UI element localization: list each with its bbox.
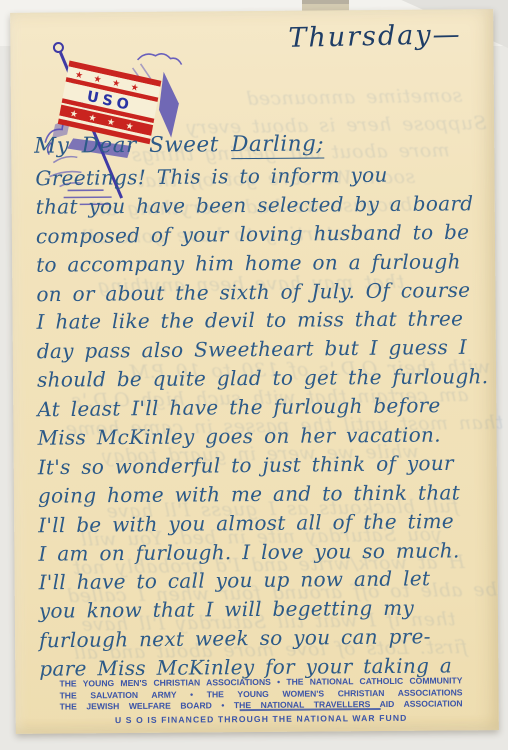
handwritten-line: furlough next week so you can pre- bbox=[39, 622, 487, 656]
handwritten-line: you know that I will begetting my bbox=[39, 594, 487, 626]
handwritten-line: Greetings! This is to inform you bbox=[35, 160, 483, 194]
handwritten-line: should be quite glad to get the furlough… bbox=[37, 362, 485, 394]
handwritten-line: I hate like the devil to miss that three bbox=[36, 305, 484, 337]
handwritten-line: I'll have to call you up now and let bbox=[39, 564, 487, 598]
handwritten-line: Miss McKinley goes on her vacation. bbox=[37, 420, 485, 452]
footer-line: U S O IS FINANCED THROUGH THE NATIONAL W… bbox=[60, 712, 463, 727]
handwritten-line: At least I'll have the furlough before bbox=[37, 391, 485, 425]
handwritten-line: on or about the sixth of July. Of course bbox=[36, 275, 484, 309]
date-line: Thursday— bbox=[288, 19, 462, 54]
handwritten-line: It's so wonderful to just think of your bbox=[38, 449, 486, 483]
handwritten-line: composed of your loving husband to be bbox=[36, 217, 484, 251]
handwritten-line: that you have been selected by a board bbox=[36, 189, 484, 221]
bleed-through-line: sometime announced bbox=[246, 85, 463, 110]
handwritten-line: to accompany him home on a furlough bbox=[36, 247, 484, 279]
handwritten-line: I'll be with you almost all of the time bbox=[38, 506, 486, 540]
letter-body: Greetings! This is to inform youthat you… bbox=[35, 160, 487, 684]
salutation-underlined: Darling; bbox=[231, 131, 324, 159]
handwritten-line: day pass also Sweetheart but I guess I bbox=[37, 333, 485, 367]
handwritten-line: going home with me and to think that bbox=[38, 478, 486, 510]
salutation-prefix: My Dear Sweet bbox=[34, 132, 231, 159]
footer-organizations: THE YOUNG MEN'S CHRISTIAN ASSOCIATIONS •… bbox=[59, 675, 462, 726]
scanned-letter-scene: sometime announcedSuppose here is about … bbox=[0, 0, 508, 750]
letter-paper: sometime announcedSuppose here is about … bbox=[10, 9, 499, 734]
salutation: My Dear Sweet Darling; bbox=[34, 131, 324, 158]
footer-line: THE JEWISH WELFARE BOARD • THE NATIONAL … bbox=[60, 699, 463, 714]
